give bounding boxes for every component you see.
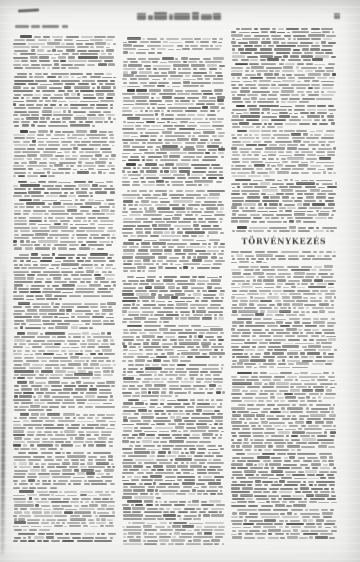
word-blur <box>14 274 25 276</box>
word-blur <box>291 418 297 420</box>
word-blur <box>127 122 135 124</box>
word-blur <box>176 377 182 380</box>
text-line-illegible <box>231 74 337 76</box>
word-blur <box>317 77 327 79</box>
word-blur <box>294 321 300 323</box>
word-blur <box>37 274 48 276</box>
word-blur <box>180 146 183 148</box>
word-blur <box>187 356 193 359</box>
word-blur <box>109 254 114 256</box>
word-blur <box>232 442 242 444</box>
word-blur <box>31 124 35 126</box>
word-blur <box>106 381 115 383</box>
word-blur <box>61 80 80 82</box>
word-blur <box>88 199 94 201</box>
word-blur <box>214 529 224 531</box>
word-blur <box>149 267 156 269</box>
word-blur <box>14 374 19 376</box>
word-blur <box>198 184 202 186</box>
word-blur <box>95 121 103 123</box>
text-line-illegible <box>122 211 225 213</box>
word-blur <box>250 207 255 209</box>
text-line-illegible <box>231 383 337 385</box>
word-blur <box>93 260 106 262</box>
word-blur <box>74 360 85 362</box>
word-blur <box>123 489 132 492</box>
word-blur <box>188 204 200 207</box>
word-blur <box>158 224 171 226</box>
word-blur <box>249 108 260 110</box>
word-blur <box>144 462 157 464</box>
word-blur <box>198 307 205 309</box>
word-blur <box>28 459 41 461</box>
word-blur <box>143 346 161 348</box>
word-blur <box>52 336 56 338</box>
word-blur <box>50 487 58 489</box>
word-blur <box>264 449 271 451</box>
word-blur <box>80 466 87 468</box>
text-line-illegible <box>231 165 337 167</box>
word-blur <box>47 456 52 458</box>
word-blur <box>304 498 307 500</box>
word-blur <box>265 147 285 149</box>
word-blur <box>66 49 75 51</box>
word-blur <box>28 479 35 482</box>
word-blur <box>106 508 113 510</box>
word-blur <box>175 58 178 60</box>
word-blur <box>26 202 45 205</box>
word-blur <box>288 363 294 365</box>
text-line-illegible <box>231 435 337 437</box>
word-blur <box>47 76 56 79</box>
word-blur <box>281 98 288 100</box>
word-blur <box>213 246 217 249</box>
word-blur <box>280 325 290 328</box>
word-blur <box>97 396 108 398</box>
word-blur <box>198 479 215 481</box>
word-blur <box>102 144 109 146</box>
word-blur <box>167 403 181 405</box>
word-blur <box>287 147 297 149</box>
word-blur <box>191 325 201 327</box>
word-blur <box>177 231 183 233</box>
word-blur <box>266 415 274 417</box>
word-blur <box>42 519 45 521</box>
word-blur <box>182 286 188 288</box>
word-blur <box>150 493 153 495</box>
word-blur <box>173 200 193 202</box>
word-blur <box>273 339 286 341</box>
word-blur <box>197 283 205 286</box>
word-blur <box>19 291 29 293</box>
word-blur <box>29 144 36 146</box>
word-blur <box>62 452 65 454</box>
word-blur <box>176 493 186 495</box>
word-blur <box>267 418 279 420</box>
word-blur <box>168 543 174 545</box>
word-blur <box>156 146 161 148</box>
word-blur <box>204 211 214 213</box>
word-blur <box>111 370 113 372</box>
word-blur <box>155 427 173 429</box>
text-line-illegible <box>231 356 337 358</box>
text-line-illegible <box>122 526 225 528</box>
word-blur <box>90 223 95 225</box>
word-blur <box>172 217 180 219</box>
text-line-illegible <box>122 243 225 245</box>
word-blur <box>319 200 322 202</box>
word-blur <box>163 41 168 44</box>
word-blur <box>22 64 29 66</box>
word-blur <box>14 417 17 419</box>
word-blur <box>309 501 317 504</box>
word-blur <box>150 403 158 405</box>
word-blur <box>23 141 30 143</box>
word-blur <box>77 316 90 318</box>
text-line-illegible <box>122 65 225 67</box>
word-blur <box>278 84 289 86</box>
word-blur <box>50 130 53 132</box>
word-blur <box>135 218 148 220</box>
word-blur <box>232 536 242 538</box>
word-blur <box>305 186 316 188</box>
word-blur <box>63 274 68 276</box>
word-blur <box>73 336 81 338</box>
word-blur <box>180 121 188 123</box>
word-blur <box>122 406 129 408</box>
word-blur <box>34 438 40 440</box>
word-blur <box>13 421 20 423</box>
word-blur <box>33 396 36 398</box>
text-line-illegible <box>231 418 337 420</box>
word-blur <box>317 105 326 107</box>
text-line-illegible <box>231 109 337 111</box>
word-blur <box>286 523 304 526</box>
word-blur <box>55 495 65 497</box>
word-blur <box>319 325 325 327</box>
word-blur <box>215 72 223 74</box>
word-blur <box>202 38 211 40</box>
word-blur <box>196 103 205 105</box>
word-blur <box>136 339 144 341</box>
word-blur <box>231 31 236 33</box>
word-blur <box>76 257 80 260</box>
word-blur <box>123 149 136 151</box>
word-blur <box>129 346 136 348</box>
word-blur <box>209 352 225 354</box>
word-blur <box>271 498 276 500</box>
word-blur <box>54 164 63 167</box>
word-blur <box>134 111 138 113</box>
word-blur <box>264 352 270 354</box>
word-blur <box>27 309 37 311</box>
word-blur <box>182 48 190 51</box>
text-line-illegible <box>13 463 116 465</box>
word-blur <box>262 386 274 388</box>
word-blur <box>132 171 138 173</box>
word-blur <box>79 227 96 229</box>
word-blur <box>191 417 210 419</box>
word-blur <box>204 156 218 158</box>
word-blur <box>271 467 274 470</box>
word-blur <box>244 400 257 402</box>
word-blur <box>140 307 151 310</box>
word-blur <box>107 43 110 45</box>
text-line-illegible <box>122 174 225 176</box>
word-blur <box>44 192 49 194</box>
word-blur <box>84 533 95 535</box>
word-blur <box>261 63 276 65</box>
word-blur <box>213 167 222 170</box>
word-blur <box>149 290 158 292</box>
word-blur <box>66 36 79 38</box>
word-blur <box>244 363 256 365</box>
word-blur <box>291 435 298 438</box>
word-blur <box>157 48 166 50</box>
word-blur <box>21 388 32 390</box>
word-blur <box>146 472 153 474</box>
word-blur <box>70 501 79 503</box>
word-blur <box>123 427 133 429</box>
word-blur <box>30 60 37 63</box>
word-blur <box>249 530 260 532</box>
word-blur <box>80 199 85 201</box>
word-blur <box>196 310 206 312</box>
word-blur <box>65 509 77 511</box>
text-line-illegible <box>122 529 225 531</box>
word-blur <box>53 60 59 62</box>
text-line-illegible <box>122 533 225 535</box>
word-blur <box>127 86 140 88</box>
word-blur <box>163 279 173 281</box>
word-blur <box>54 223 61 226</box>
word-blur <box>203 540 210 542</box>
word-blur <box>325 393 336 395</box>
word-blur <box>160 62 167 64</box>
word-blur <box>231 283 235 285</box>
word-blur <box>13 134 25 136</box>
word-blur <box>193 256 196 258</box>
word-blur <box>156 280 160 282</box>
word-blur <box>144 240 157 242</box>
word-blur <box>109 172 115 174</box>
word-blur <box>253 318 261 320</box>
word-blur <box>174 249 181 251</box>
word-blur <box>328 119 335 121</box>
word-blur <box>86 360 89 362</box>
word-blur <box>52 169 56 171</box>
text-line-illegible <box>13 505 116 507</box>
text-line-illegible <box>13 281 116 283</box>
word-blur <box>96 477 100 479</box>
word-blur <box>291 286 296 288</box>
word-blur <box>196 297 200 299</box>
word-blur <box>42 97 48 99</box>
word-blur <box>245 255 254 257</box>
word-blur <box>316 196 326 198</box>
word-blur <box>211 403 217 405</box>
word-blur <box>81 427 94 429</box>
word-blur <box>242 193 247 195</box>
word-blur <box>101 137 108 139</box>
word-blur <box>40 448 46 450</box>
word-blur <box>214 214 225 216</box>
word-blur <box>13 103 16 106</box>
word-blur <box>126 526 141 528</box>
word-blur <box>78 138 82 140</box>
word-blur <box>249 300 259 302</box>
word-blur <box>59 309 65 311</box>
word-blur <box>330 387 336 389</box>
word-blur <box>138 346 141 348</box>
word-blur <box>267 126 275 128</box>
word-blur <box>242 38 260 40</box>
word-blur <box>81 148 94 150</box>
word-blur <box>51 389 62 391</box>
word-blur <box>39 374 44 376</box>
word-blur <box>159 93 176 95</box>
word-blur <box>241 59 249 61</box>
word-blur <box>47 188 60 190</box>
word-blur <box>212 82 225 84</box>
word-blur <box>164 253 172 255</box>
word-blur <box>58 247 67 249</box>
text-line-illegible <box>231 516 337 518</box>
word-blur <box>43 509 51 511</box>
text-line-illegible <box>231 477 337 479</box>
word-blur <box>20 53 36 55</box>
word-blur <box>60 138 65 140</box>
word-blur <box>155 159 158 161</box>
word-blur <box>316 162 335 164</box>
word-blur <box>39 529 50 531</box>
text-line-illegible <box>122 97 225 99</box>
word-blur <box>37 138 48 140</box>
word-blur <box>277 404 290 406</box>
word-blur <box>42 327 46 329</box>
word-blur <box>128 417 138 419</box>
word-blur <box>92 316 104 318</box>
word-blur <box>185 142 196 144</box>
word-blur <box>247 196 260 199</box>
word-blur <box>331 56 336 58</box>
word-blur <box>61 505 72 507</box>
word-blur <box>247 293 259 295</box>
text-line-illegible <box>122 58 225 60</box>
word-blur <box>317 439 334 441</box>
word-blur <box>13 165 24 167</box>
word-blur <box>175 395 178 397</box>
word-blur <box>160 504 172 506</box>
word-blur <box>73 278 81 280</box>
word-blur <box>297 45 309 47</box>
word-blur <box>130 78 137 80</box>
word-blur <box>323 397 335 399</box>
word-blur <box>219 293 224 295</box>
word-blur <box>306 196 314 198</box>
word-blur <box>254 367 257 369</box>
word-blur <box>273 379 281 382</box>
word-blur <box>123 297 138 299</box>
word-blur <box>23 444 27 446</box>
word-blur <box>13 53 17 55</box>
text-line-illegible <box>231 154 337 156</box>
word-blur <box>178 167 191 169</box>
word-blur <box>72 462 79 465</box>
word-blur <box>232 363 236 365</box>
word-blur <box>247 154 252 156</box>
word-blur <box>250 353 253 355</box>
word-blur <box>249 513 258 515</box>
word-blur <box>174 419 182 422</box>
word-blur <box>205 522 224 524</box>
text-line-illegible <box>231 471 337 473</box>
word-blur <box>14 483 17 485</box>
word-blur <box>315 360 326 362</box>
word-blur <box>239 137 255 139</box>
word-blur <box>258 425 261 427</box>
word-blur <box>168 107 187 109</box>
word-blur <box>166 314 179 317</box>
word-blur <box>48 480 51 482</box>
word-blur <box>197 403 210 405</box>
text-line-illegible <box>231 390 337 392</box>
word-blur <box>250 112 260 114</box>
word-blur <box>87 64 95 66</box>
word-blur <box>151 381 164 383</box>
word-blur <box>267 310 278 312</box>
text-line-illegible <box>13 406 116 408</box>
text-line-illegible <box>231 151 337 153</box>
word-blur <box>123 249 135 251</box>
word-blur <box>194 208 198 210</box>
text-line-illegible <box>122 246 225 248</box>
word-blur <box>57 152 62 154</box>
word-blur <box>206 174 224 176</box>
word-blur <box>78 431 84 433</box>
word-blur <box>137 300 140 302</box>
text-line-illegible <box>231 481 337 483</box>
word-blur <box>323 352 326 354</box>
text-line-illegible <box>231 84 337 86</box>
word-blur <box>301 162 308 164</box>
word-blur <box>282 70 294 72</box>
word-blur <box>242 283 250 285</box>
word-blur <box>88 244 104 246</box>
word-blur <box>204 455 214 457</box>
word-blur <box>281 217 284 219</box>
word-blur <box>192 413 200 415</box>
word-blur <box>122 374 126 376</box>
word-blur <box>166 465 176 467</box>
word-blur <box>262 137 270 139</box>
word-blur <box>123 419 128 422</box>
word-blur <box>13 424 21 426</box>
word-blur <box>174 225 191 227</box>
word-blur <box>74 203 83 205</box>
word-blur <box>101 53 106 55</box>
word-blur <box>209 388 214 390</box>
word-blur <box>262 158 266 160</box>
word-blur <box>145 286 152 289</box>
word-blur <box>262 126 265 128</box>
word-blur <box>152 339 161 341</box>
text-line-illegible <box>231 207 337 209</box>
word-blur <box>309 484 313 487</box>
word-blur <box>188 391 191 393</box>
word-blur <box>92 87 95 89</box>
word-blur <box>219 276 222 278</box>
